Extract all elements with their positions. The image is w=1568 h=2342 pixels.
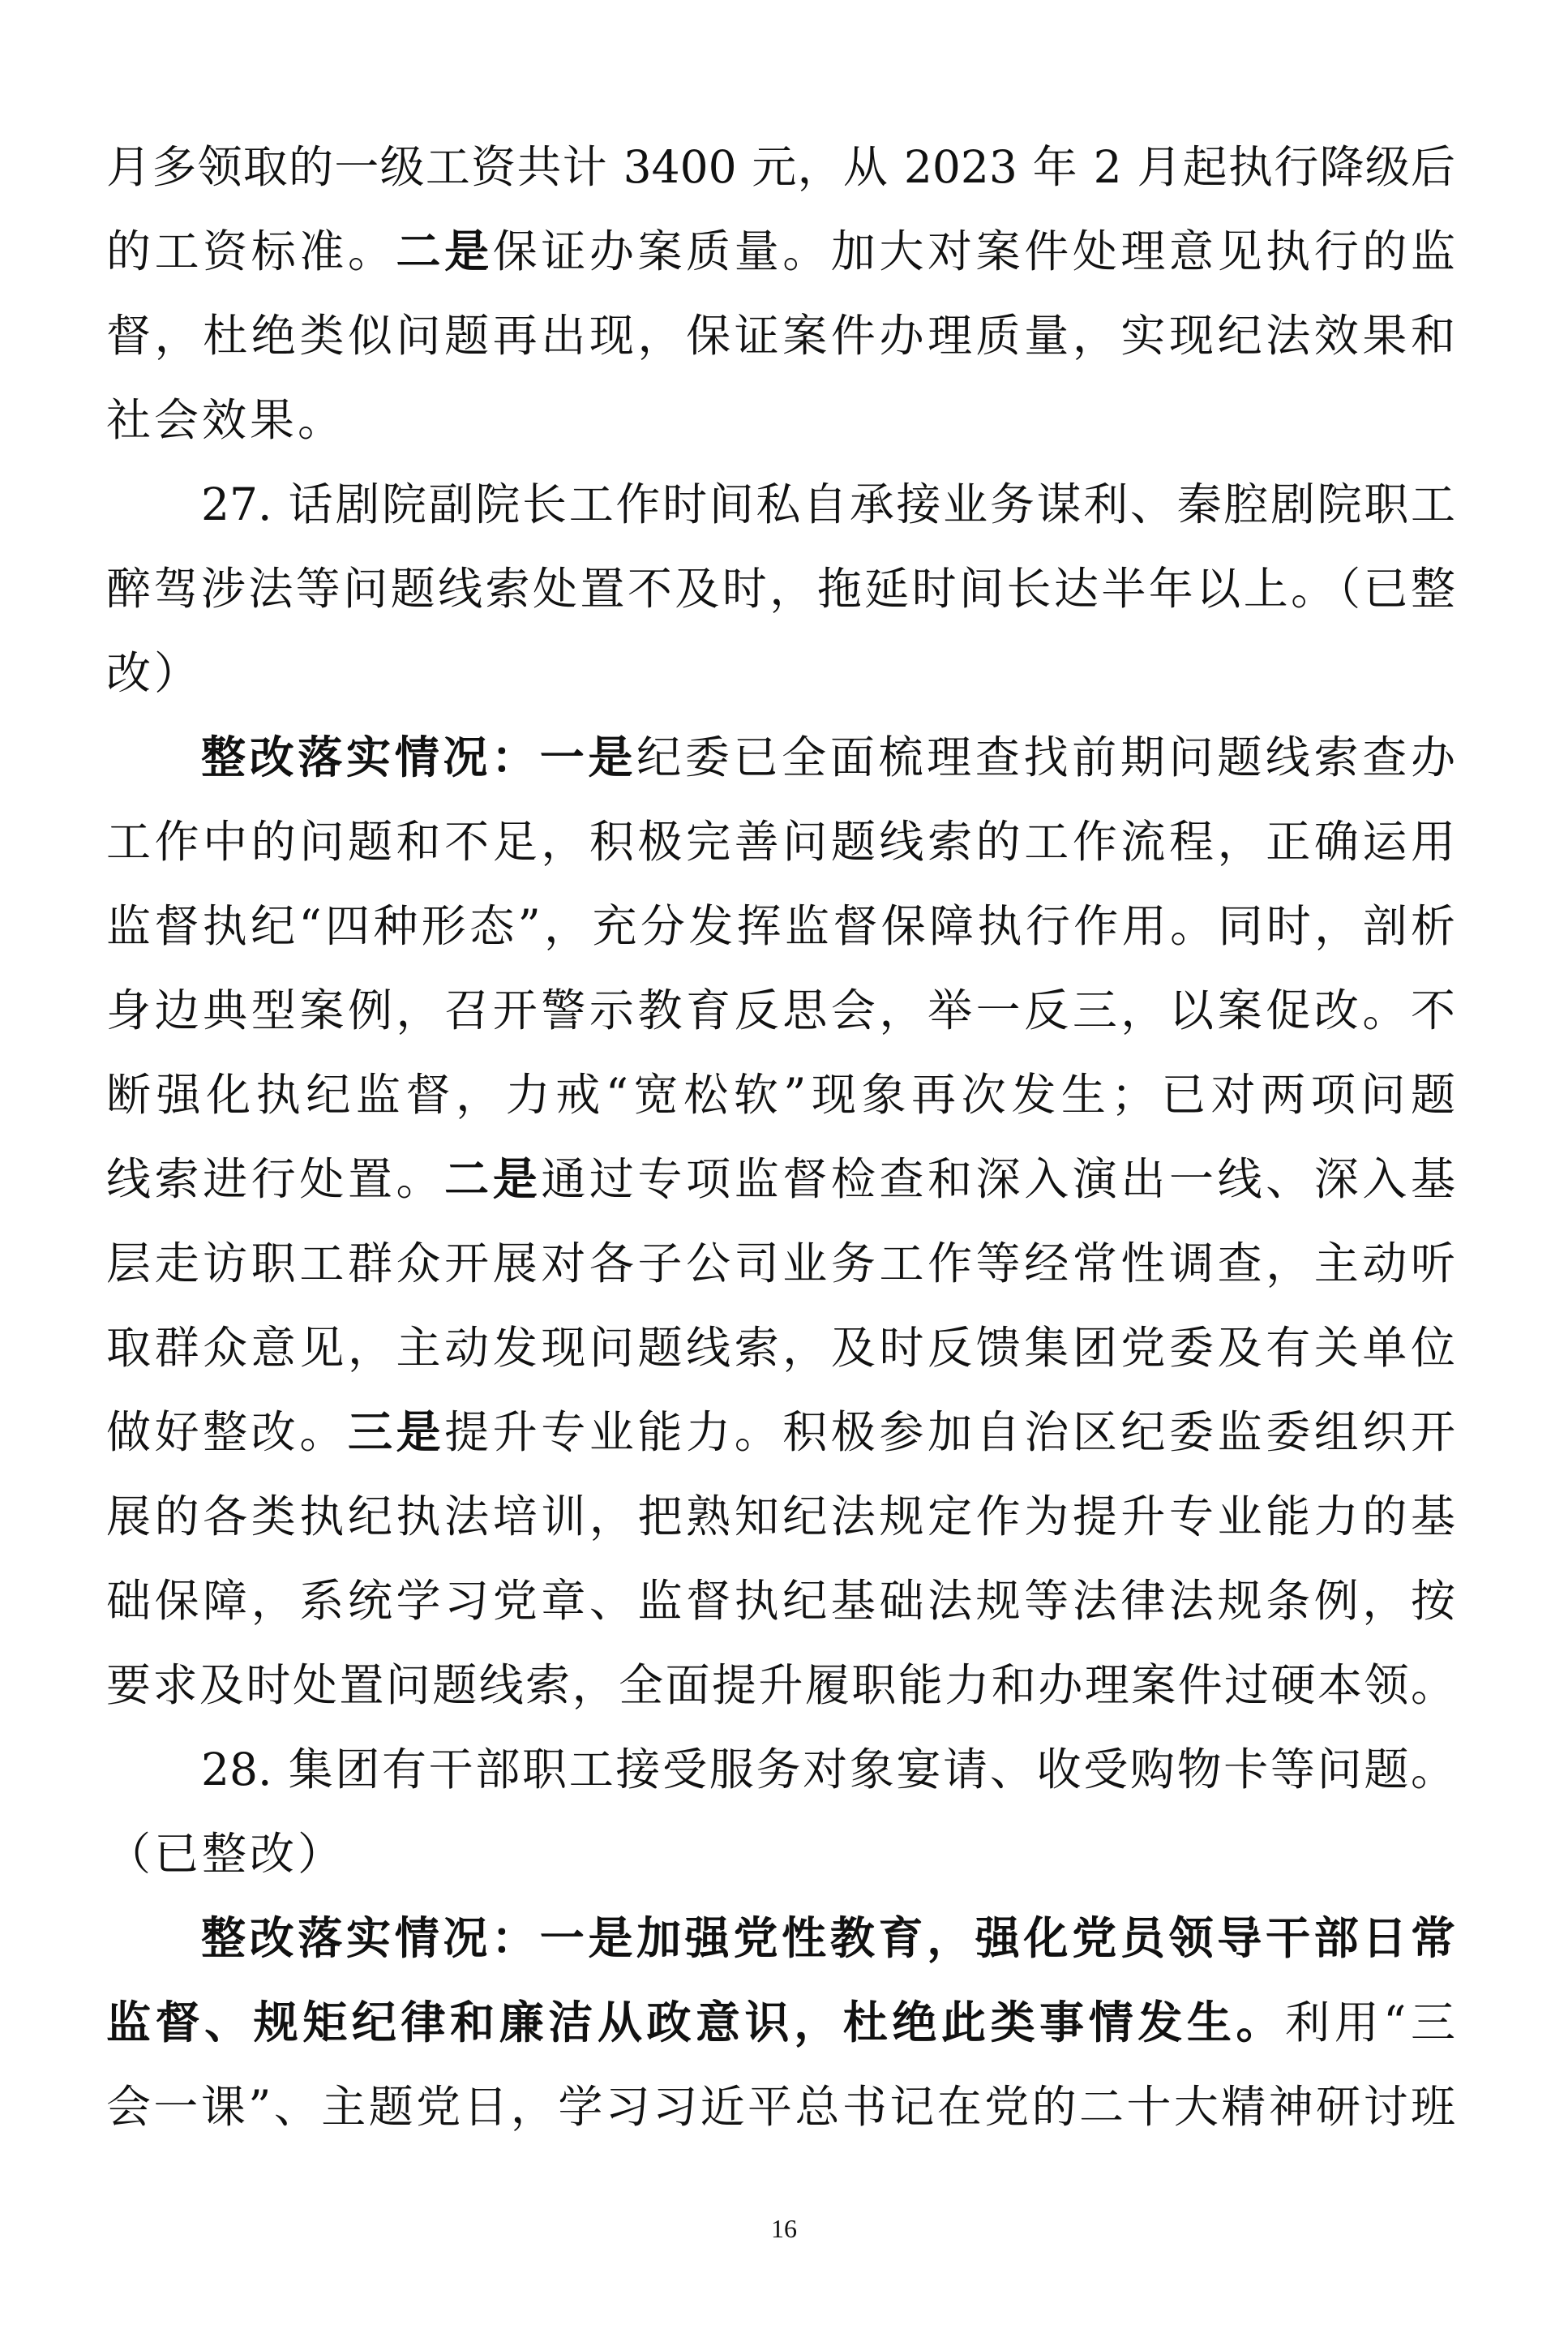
rectification-line: 整改落实情况：一是纪委已全面梳理查找前期问题线索查办 [201, 715, 1455, 800]
body-line: 社会效果。 [106, 378, 1455, 462]
emphasis-run: 三是 [348, 1405, 444, 1458]
rectification-line: 做好整改。三是提升专业能力。积极参加自治区纪委监委组织开 [106, 1390, 1455, 1474]
rectification-line: 监督、规矩纪律和廉洁从政意识，杜绝此类事情发生。利用“三 [106, 1980, 1455, 2065]
rectification-line: 要求及时处置问题线索，全面提升履职能力和办理案件过硬本领。 [106, 1643, 1455, 1727]
text-run: 利用“三 [1285, 1997, 1455, 2048]
rectification-line: 取群众意见，主动发现问题线索，及时反馈集团党委及有关单位 [106, 1306, 1455, 1390]
emphasis-run: 二是 [444, 1152, 541, 1205]
text-run: 改） [106, 647, 202, 699]
body-line: 的工资标准。二是保证办案质量。加大对案件处理意见执行的监 [106, 209, 1455, 294]
rectification-line: 础保障，系统学习党章、监督执纪基础法规等法律法规条例，按 [106, 1559, 1455, 1643]
text-run: 做好整改。 [106, 1406, 348, 1458]
text-run: 督，杜绝类似问题再出现，保证案件办理质量，实现纪法效果和 [106, 310, 1455, 362]
rectification-line: 整改落实情况：一是加强党性教育，强化党员领导干部日常 [201, 1896, 1455, 1980]
text-run: 27. 话剧院副院长工作时间私自承接业务谋利、秦腔剧院职工 [201, 478, 1455, 530]
rectification-line: 会一课”、主题党日，学习习近平总书记在党的二十大精神研讨班 [106, 2065, 1455, 2149]
emphasis-run: 监督、规矩纪律和廉洁从政意识，杜绝此类事情发生。 [106, 1996, 1285, 2048]
rectification-line: 工作中的问题和不足，积极完善问题线索的工作流程，正确运用 [106, 800, 1455, 884]
text-run: 保证办案质量。加大对案件处理意见执行的监 [493, 225, 1455, 277]
item-28-heading-line: 28. 集团有干部职工接受服务对象宴请、收受购物卡等问题。 [201, 1727, 1455, 1812]
rectification-label: 整改落实情况： [201, 731, 540, 783]
text-run: 的工资标准。 [106, 225, 396, 277]
text-run: 础保障，系统学习党章、监督执纪基础法规等法律法规条例，按 [106, 1575, 1455, 1627]
body-line: 督，杜绝类似问题再出现，保证案件办理质量，实现纪法效果和 [106, 294, 1455, 378]
text-run: 要求及时处置问题线索，全面提升履职能力和办理案件过硬本领。 [106, 1659, 1455, 1711]
text-run: 监督执纪“四种形态”，充分发挥监督保障执行作用。同时，剖析 [106, 900, 1455, 952]
text-run: 展的各类执纪执法培训，把熟知纪法规定作为提升专业能力的基 [106, 1491, 1455, 1542]
text-run: 月多领取的一级工资共计 3400 元，从 2023 年 2 月起执行降级后 [106, 141, 1455, 193]
text-run: 取群众意见，主动发现问题线索，及时反馈集团党委及有关单位 [106, 1322, 1455, 1374]
body-line: 月多领取的一级工资共计 3400 元，从 2023 年 2 月起执行降级后 [106, 125, 1455, 209]
emphasis-run: 一是 [540, 731, 636, 783]
rectification-line: 身边典型案例，召开警示教育反思会，举一反三，以案促改。不 [106, 968, 1455, 1053]
rectification-line: 线索进行处置。二是通过专项监督检查和深入演出一线、深入基 [106, 1137, 1455, 1221]
rectification-line: 监督执纪“四种形态”，充分发挥监督保障执行作用。同时，剖析 [106, 884, 1455, 968]
text-run: 醉驾涉法等问题线索处置不及时，拖延时间长达半年以上。（已整 [106, 563, 1455, 615]
text-run: 社会效果。 [106, 394, 345, 446]
text-run: 会一课”、主题党日，学习习近平总书记在党的二十大精神研讨班 [106, 2081, 1455, 2133]
text-run: 层走访职工群众开展对各子公司业务工作等经常性调查，主动听 [106, 1237, 1455, 1289]
text-run: 纪委已全面梳理查找前期问题线索查办 [636, 731, 1455, 783]
text-run: 断强化执纪监督，力戒“宽松软”现象再次发生；已对两项问题 [106, 1069, 1455, 1121]
text-run: 工作中的问题和不足，积极完善问题线索的工作流程，正确运用 [106, 816, 1455, 868]
page-number: 16 [0, 2212, 1568, 2245]
rectification-line: 断强化执纪监督，力戒“宽松软”现象再次发生；已对两项问题 [106, 1053, 1455, 1137]
text-run: 线索进行处置。 [106, 1153, 444, 1205]
item-28-heading-line: （已整改） [106, 1812, 1455, 1896]
emphasis-run: 二是 [396, 225, 493, 277]
text-run: 身边典型案例，召开警示教育反思会，举一反三，以案促改。不 [106, 984, 1455, 1036]
text-run: 通过专项监督检查和深入演出一线、深入基 [541, 1153, 1455, 1205]
item-27-heading-line: 醉驾涉法等问题线索处置不及时，拖延时间长达半年以上。（已整 [106, 547, 1455, 631]
text-run: 提升专业能力。积极参加自治区纪委监委组织开 [444, 1406, 1455, 1458]
document-page: 月多领取的一级工资共计 3400 元，从 2023 年 2 月起执行降级后 的工… [0, 0, 1568, 2342]
status-note: （已整改） [106, 1828, 345, 1880]
rectification-line: 层走访职工群众开展对各子公司业务工作等经常性调查，主动听 [106, 1221, 1455, 1306]
emphasis-run: 一是加强党性教育，强化党员领导干部日常 [540, 1911, 1455, 1964]
rectification-line: 展的各类执纪执法培训，把熟知纪法规定作为提升专业能力的基 [106, 1474, 1455, 1559]
item-27-heading-line: 改） [106, 631, 1455, 715]
rectification-label: 整改落实情况： [201, 1911, 540, 1964]
item-27-heading-line: 27. 话剧院副院长工作时间私自承接业务谋利、秦腔剧院职工 [201, 462, 1455, 547]
text-run: 28. 集团有干部职工接受服务对象宴请、收受购物卡等问题。 [201, 1744, 1455, 1795]
